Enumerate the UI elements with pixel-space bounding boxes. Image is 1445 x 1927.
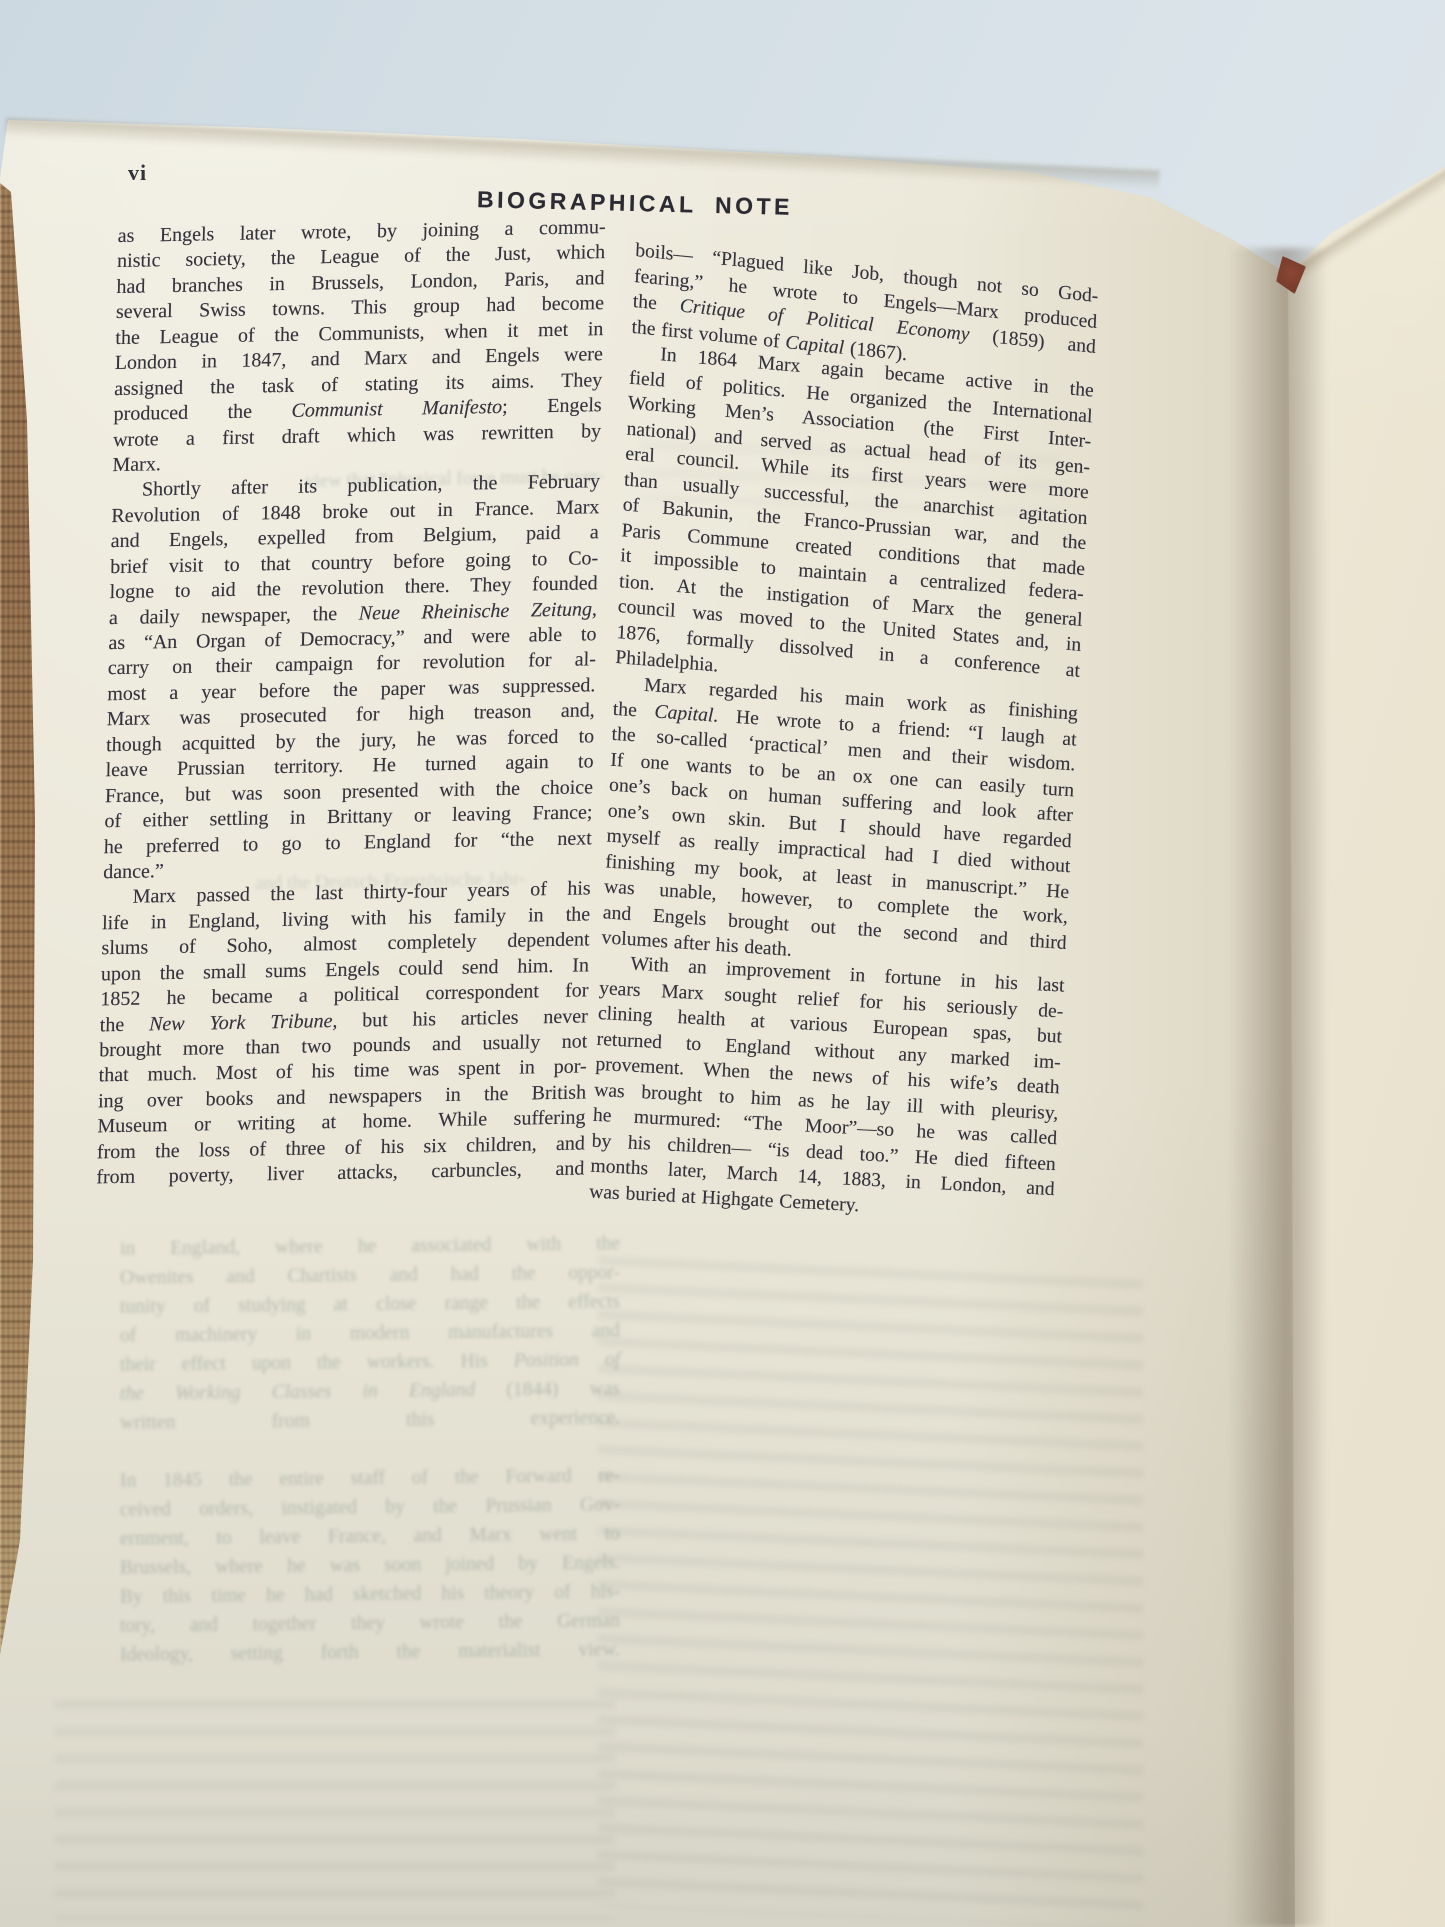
paragraph: In 1864 Marx again became active in thef… — [615, 340, 1094, 710]
photo-of-open-book: { "book": { "folio": "vi", "running_head… — [0, 0, 1445, 1927]
page-number: vi — [128, 160, 147, 186]
paragraph: With an improvement in fortune in his la… — [589, 950, 1066, 1228]
right-text-column: boils— “Plagued like Job, though not so … — [589, 238, 1100, 1229]
paragraph: Shortly after its publication, the Febru… — [103, 470, 600, 886]
ghost-showthrough-texture — [598, 1256, 1143, 1927]
paragraph: Marx passed the last thirty-four years o… — [96, 877, 591, 1191]
ghost-showthrough-texture — [55, 1700, 615, 1920]
ghost-text-line: Ideology, setting forth the materialist … — [120, 1635, 620, 1669]
paragraph: as Engels later wrote, by joining a comm… — [112, 215, 606, 478]
paragraph: Marx regarded his main work as finishing… — [601, 670, 1078, 981]
left-text-column: as Engels later wrote, by joining a comm… — [96, 215, 606, 1191]
ghost-text-line: written from this experience. — [120, 1403, 620, 1437]
ghost-showthrough-block: in England, where he associated with the… — [120, 1229, 620, 1669]
book-gutter-shadow — [1228, 248, 1328, 1927]
